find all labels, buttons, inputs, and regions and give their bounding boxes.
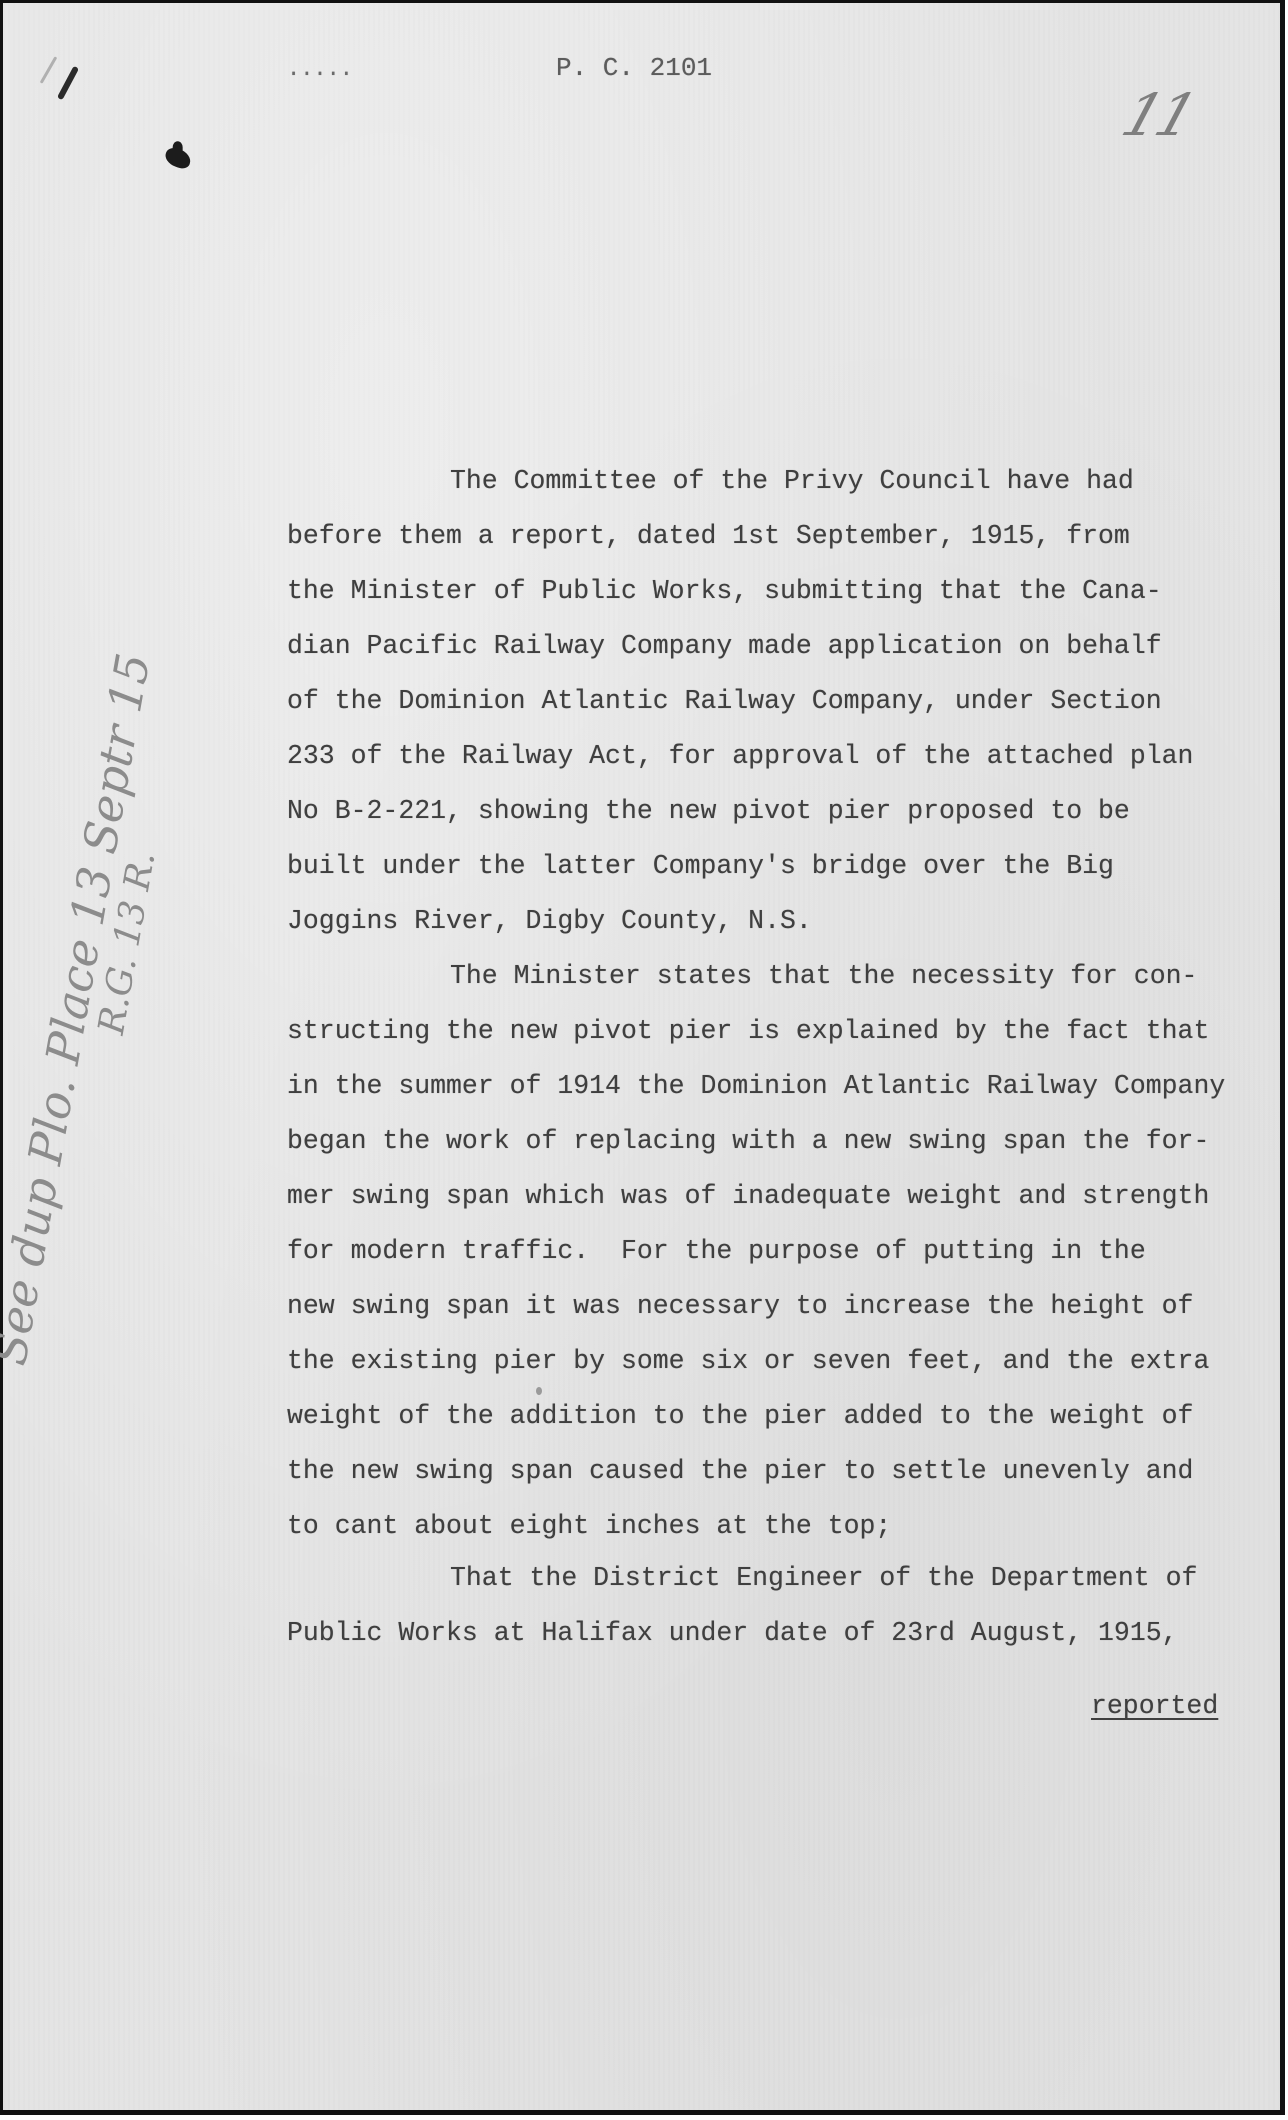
body-line: to cant about eight inches at the top;: [287, 1511, 891, 1541]
body-line: Public Works at Halifax under date of 23…: [287, 1618, 1178, 1648]
body-line: of the Dominion Atlantic Railway Company…: [287, 686, 1162, 716]
folio-number: 11: [1114, 81, 1202, 149]
body-line: mer swing span which was of inadequate w…: [287, 1181, 1209, 1211]
body-line: the new swing span caused the pier to se…: [287, 1456, 1193, 1486]
ink-mark: [57, 66, 79, 101]
pencil-mark: [40, 56, 58, 83]
body-line: dian Pacific Railway Company made applic…: [287, 631, 1162, 661]
body-line: weight of the addition to the pier added…: [287, 1401, 1193, 1431]
body-line: for modern traffic. For the purpose of p…: [287, 1236, 1146, 1266]
body-line: in the summer of 1914 the Dominion Atlan…: [287, 1071, 1225, 1101]
body-line: began the work of replacing with a new s…: [287, 1126, 1209, 1156]
body-line: The Minister states that the necessity f…: [450, 961, 1197, 991]
body-line: 233 of the Railway Act, for approval of …: [287, 741, 1193, 771]
body-line: The Committee of the Privy Council have …: [450, 466, 1134, 496]
body-line: structing the new pivot pier is explaine…: [287, 1016, 1209, 1046]
body-line: the existing pier by some six or seven f…: [287, 1346, 1209, 1376]
body-line: built under the latter Company's bridge …: [287, 851, 1114, 881]
body-line: before them a report, dated 1st Septembe…: [287, 521, 1130, 551]
ink-blot: [163, 145, 194, 171]
body-line: Joggins River, Digby County, N.S.: [287, 906, 812, 936]
order-in-council-number: P. C. 2101: [556, 53, 712, 83]
document-page: ..... P. C. 2101 11 See dup Plo. Place 1…: [0, 0, 1285, 2115]
paper-speck: [536, 1387, 542, 1395]
header-dots: .....: [287, 55, 353, 85]
margin-annotation: See dup Plo. Place 13 Septr 15 R.G. 13 R…: [33, 603, 153, 1423]
body-line: new swing span it was necessary to incre…: [287, 1291, 1193, 1321]
body-line: That the District Engineer of the Depart…: [450, 1563, 1197, 1593]
body-line: No B-2-221, showing the new pivot pier p…: [287, 796, 1130, 826]
body-line: the Minister of Public Works, submitting…: [287, 576, 1162, 606]
catchword: reported: [1091, 1691, 1218, 1721]
